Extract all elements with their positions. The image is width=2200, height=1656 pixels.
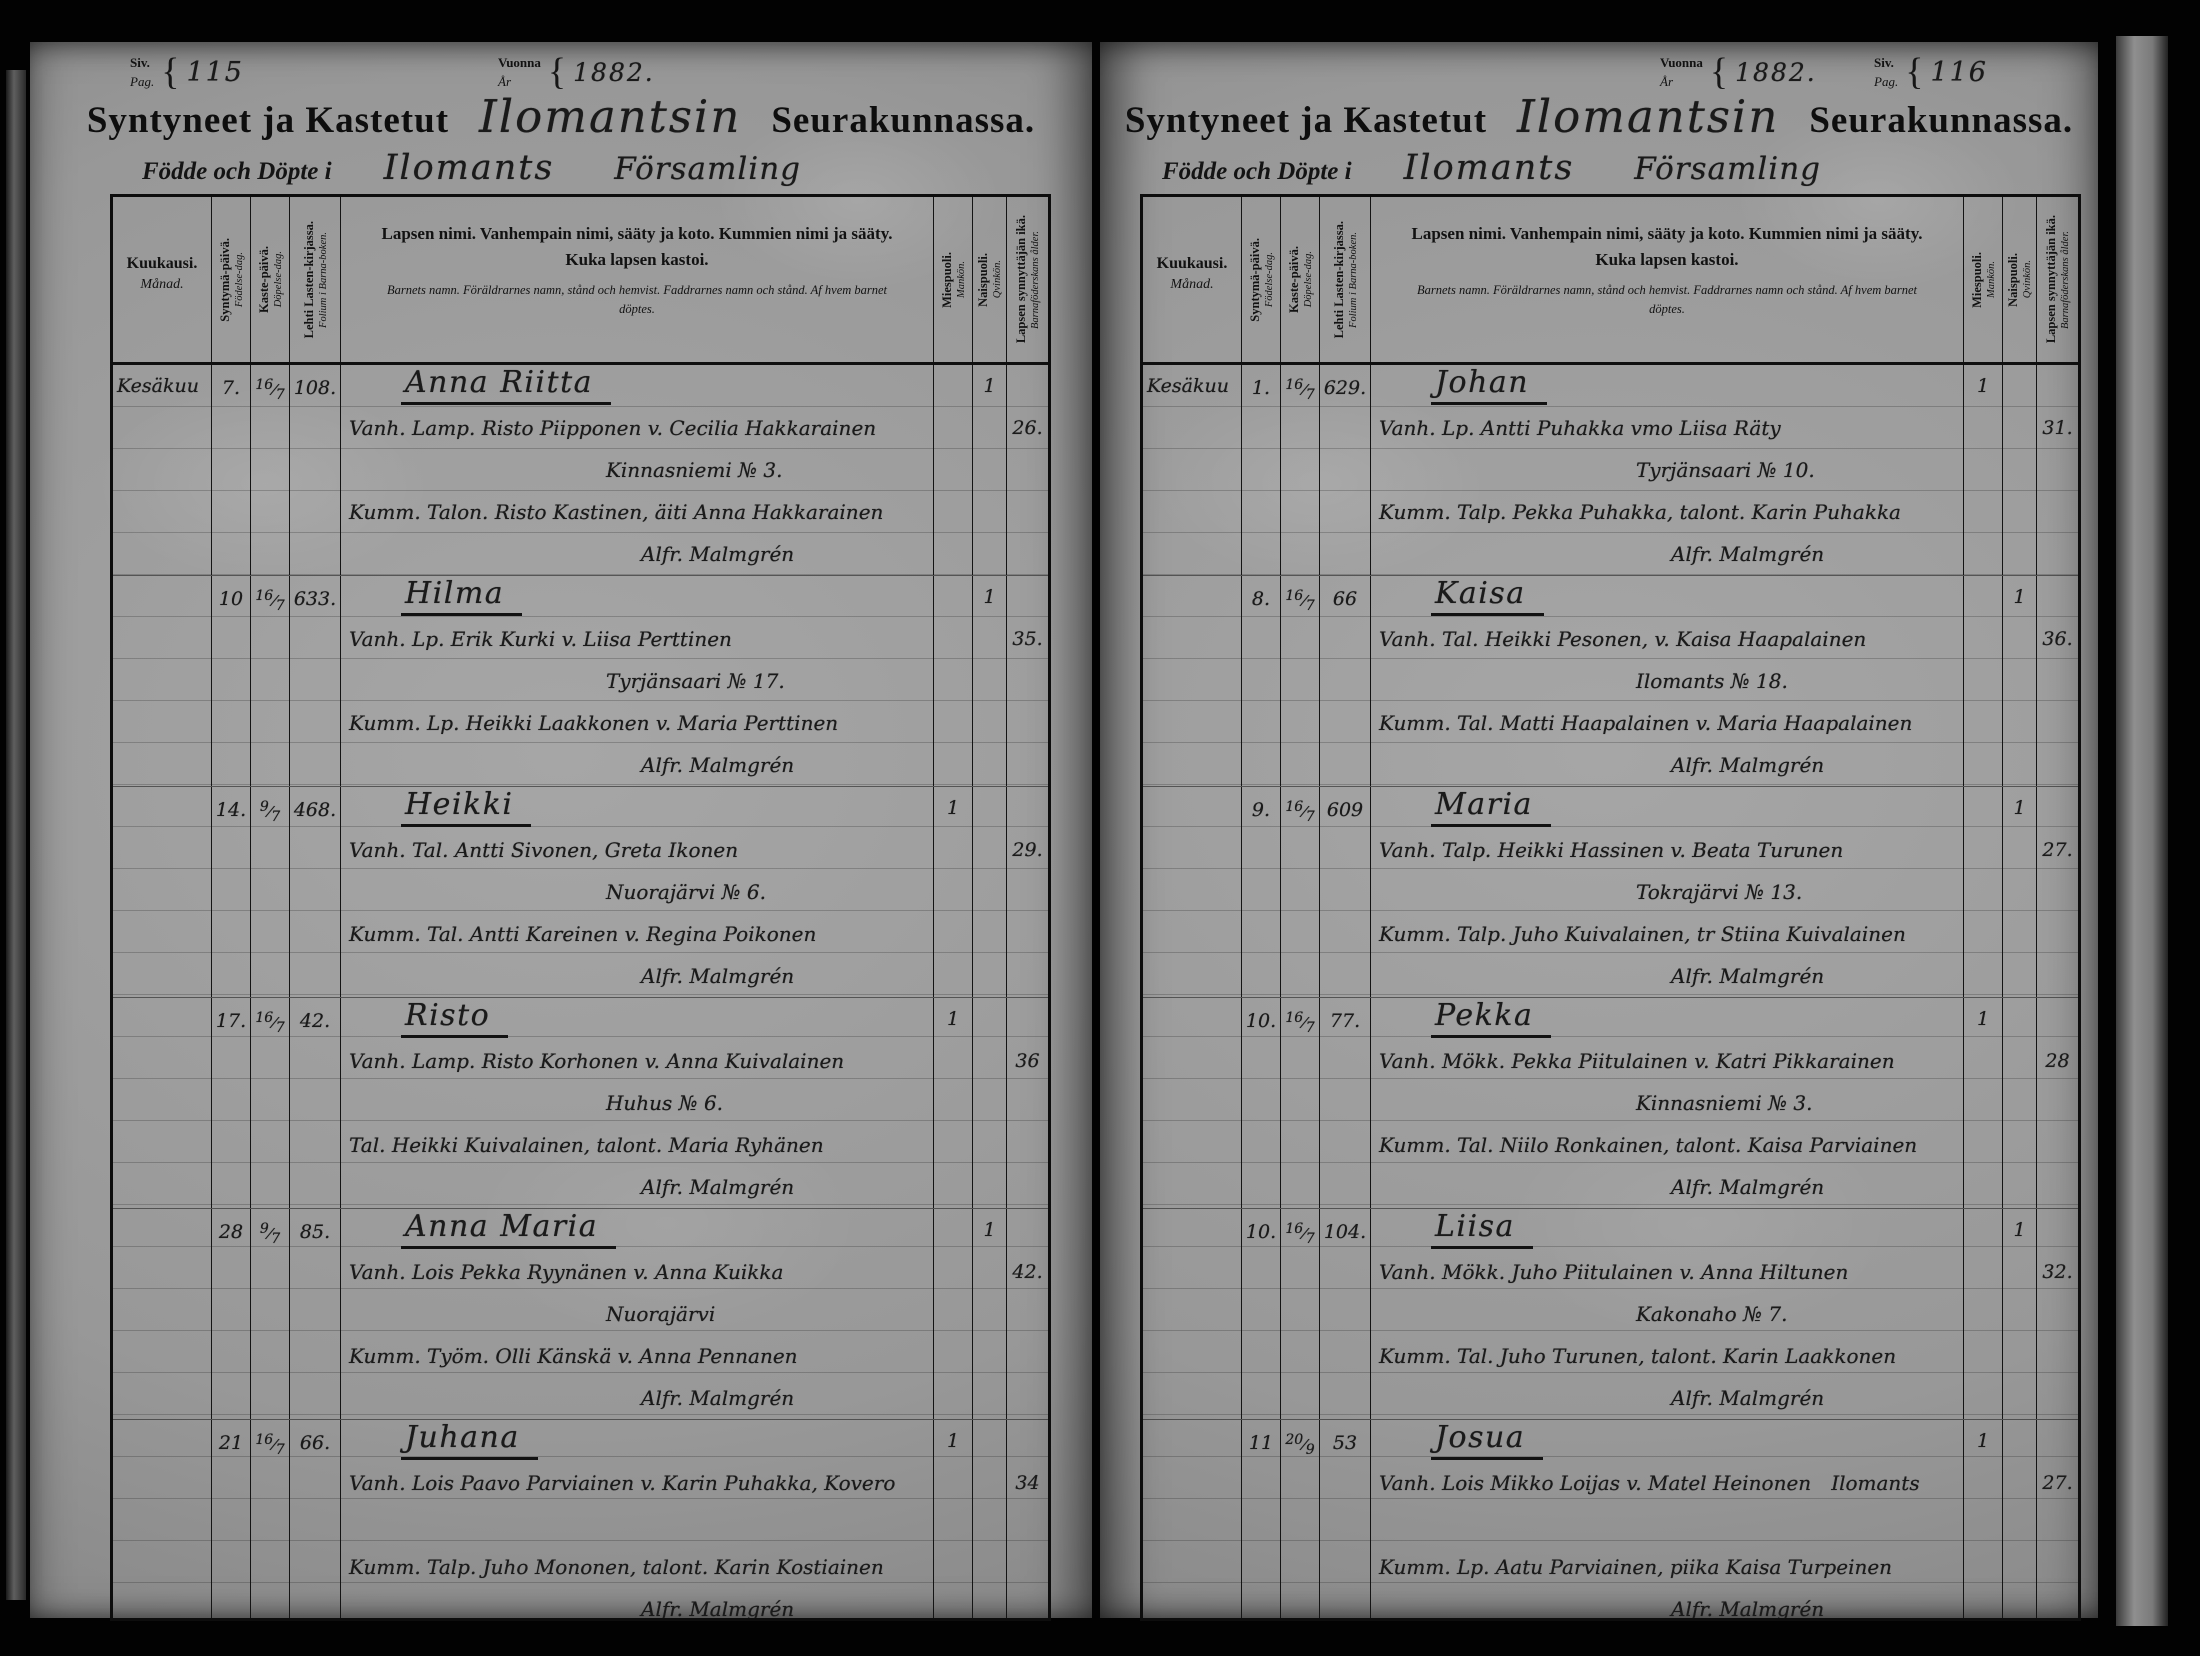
entry-month: [1143, 787, 1241, 997]
baptism-date-denominator: 7: [276, 1020, 285, 1036]
subtitle-prefix: Födde och Döpte i: [1162, 158, 1352, 185]
column-label-sv: Qvinkön.: [992, 260, 1003, 298]
child-name: Anna Riitta: [401, 365, 611, 405]
mother-age: 27.: [2036, 1420, 2078, 1621]
place-line: Ilomants № 18.: [1379, 660, 1963, 702]
entry-folio: 85.: [289, 1209, 340, 1419]
column-label-sv: Döpelse-dag.: [1303, 251, 1314, 307]
entry-folio: 633.: [289, 576, 340, 786]
column-female: Naispuoli. Qvinkön.: [972, 197, 1006, 362]
baptism-date-numerator: 16: [255, 588, 273, 604]
child-name: Liisa: [1431, 1209, 1533, 1249]
parents-line: Vanh. Mökk. Pekka Piitulainen v. Katri P…: [1379, 1040, 1963, 1082]
male-mark: [1963, 787, 2002, 997]
column-baptism-day: Kaste-päivä. Döpelse-dag.: [1280, 197, 1319, 362]
baptism-date-numerator: 16: [1285, 588, 1303, 604]
book-edge-left: [6, 70, 26, 1600]
entry-details: Anna Riitta Vanh. Lamp. Risto Piipponen …: [340, 365, 933, 575]
entry-month: Kesäkuu: [1143, 365, 1241, 575]
title-prefix: Syntyneet ja Kastetut: [1125, 100, 1487, 141]
vuonna-label: Vuonna: [498, 53, 541, 73]
page-number-labels: Siv. Pag.: [1874, 53, 1898, 92]
child-name: Anna Maria: [401, 1209, 616, 1249]
female-mark: 1: [972, 365, 1006, 575]
entry-baptism-date: 16⁄7: [1280, 1209, 1319, 1419]
place-line: Tokrajärvi № 13.: [1379, 871, 1963, 913]
baptism-date-numerator: 16: [255, 1010, 273, 1026]
baptism-date-numerator: 16: [1285, 1010, 1303, 1026]
register-entry: Kesäkuu 1. 16⁄7 629. Johan Vanh. Lp. Ant…: [1143, 365, 2078, 575]
title-suffix: Seurakunnassa.: [771, 100, 1035, 141]
entry-birth-day: 9.: [1241, 787, 1280, 997]
title-prefix: Syntyneet ja Kastetut: [87, 100, 449, 141]
child-name: Hilma: [401, 576, 522, 616]
entry-baptism-date: 9⁄7: [250, 1209, 289, 1419]
page-number-block: Siv. Pag. { 115: [130, 50, 244, 94]
place-line: Tyrjänsaari № 17.: [349, 660, 933, 702]
column-label-sv: Månad.: [1143, 277, 1241, 293]
mother-age: 36.: [2036, 576, 2078, 786]
parents-line: Vanh. Lp. Antti Puhakka vmo Liisa Räty: [1379, 407, 1963, 449]
male-mark: 1: [933, 1420, 972, 1621]
female-mark: 1: [972, 1209, 1006, 1419]
parents-line: Vanh. Lois Pekka Ryynänen v. Anna Kuikka: [349, 1251, 933, 1293]
female-mark: 1: [972, 576, 1006, 786]
book-edge-right: [2116, 36, 2168, 1626]
column-label-sv: Barnets namn. Föräldrarnes namn, stånd o…: [375, 281, 899, 320]
column-label-sv: Barnets namn. Föräldrarnes namn, stånd o…: [1405, 281, 1929, 320]
entry-folio: 66: [1319, 576, 1370, 786]
column-label-fi: Lehti Lasten-kirjassa.: [1332, 221, 1347, 338]
entry-month: Kesäkuu: [113, 365, 211, 575]
baptizer-line: Alfr. Malmgrén: [349, 955, 933, 997]
column-label-fi: Kaste-päivä.: [257, 246, 272, 313]
entry-month: [113, 576, 211, 786]
column-label-sv: Mankön.: [956, 261, 967, 298]
entry-folio: 77.: [1319, 998, 1370, 1208]
mother-age: 36: [1006, 998, 1048, 1208]
godparents-line: Kumm. Tal. Juho Turunen, talont. Karin L…: [1379, 1335, 1963, 1377]
baptism-date-denominator: 7: [1306, 598, 1315, 614]
female-mark: [972, 1420, 1006, 1621]
column-label-fi: Lapsen nimi. Vanhempain nimi, sääty ja k…: [1405, 221, 1929, 272]
entry-details: Josua Vanh. Lois Mikko Loijas v. Matel H…: [1370, 1420, 1963, 1621]
column-label-fi: Naispuoli.: [2006, 253, 2021, 307]
column-mother-age: Lapsen synnyttäjän ikä. Barnaföderskans …: [1006, 197, 1048, 362]
page-title: Syntyneet ja Kastetut Ilomantsin Seuraku…: [1100, 90, 2098, 143]
entry-birth-day: 21: [211, 1420, 250, 1621]
column-label-fi: Kuukausi.: [113, 255, 211, 273]
mother-age: 26.: [1006, 365, 1048, 575]
entry-month: [1143, 576, 1241, 786]
column-label-fi: Lapsen synnyttäjän ikä.: [2044, 215, 2059, 343]
column-male: Miespuoli. Mankön.: [933, 197, 972, 362]
male-mark: [1963, 1209, 2002, 1419]
baptism-date-numerator: 16: [255, 1432, 273, 1448]
baptizer-line: Alfr. Malmgrén: [349, 1377, 933, 1419]
entry-birth-day: 8.: [1241, 576, 1280, 786]
female-mark: [972, 787, 1006, 997]
subtitle-suffix-handwritten: Församling: [614, 151, 801, 187]
place-line: [1379, 1504, 1963, 1546]
entry-month: [113, 1209, 211, 1419]
place-line: Kinnasniemi № 3.: [1379, 1082, 1963, 1124]
place-line: [349, 1504, 933, 1546]
pag-label: Pag.: [130, 72, 154, 92]
page-subtitle: Födde och Döpte i Ilomants Församling: [142, 148, 801, 188]
year-block: Vuonna År { 1882.: [498, 50, 655, 94]
parents-line: Vanh. Lp. Erik Kurki v. Liisa Perttinen: [349, 618, 933, 660]
subtitle-prefix: Födde och Döpte i: [142, 158, 332, 185]
register-entry: 10. 16⁄7 77. Pekka Vanh. Mökk. Pekka Pii…: [1143, 997, 2078, 1208]
baptizer-line: Alfr. Malmgrén: [1379, 533, 1963, 575]
baptism-date-denominator: 7: [1306, 387, 1315, 403]
child-name: Maria: [1431, 787, 1551, 827]
baptizer-line: Alfr. Malmgrén: [349, 744, 933, 786]
entry-month: [1143, 1209, 1241, 1419]
column-label-sv: Mankön.: [1986, 261, 1997, 298]
godparents-line: Kumm. Lp. Aatu Parviainen, piika Kaisa T…: [1379, 1546, 1963, 1588]
mother-age: 29.: [1006, 787, 1048, 997]
register-page-left: Siv. Pag. { 115 Vuonna År { 1882. Syntyn…: [30, 42, 1092, 1618]
ar-label: År: [498, 72, 541, 92]
vuonna-label: Vuonna: [1660, 53, 1703, 73]
column-label-sv: Månad.: [113, 277, 211, 293]
male-mark: 1: [933, 787, 972, 997]
female-mark: 1: [2002, 787, 2036, 997]
column-birth-day: Syntymä-päivä. Födelse-dag.: [211, 197, 250, 362]
entry-month: [113, 787, 211, 997]
mother-age: 31.: [2036, 365, 2078, 575]
parents-line: Vanh. Lamp. Risto Piipponen v. Cecilia H…: [349, 407, 933, 449]
entry-folio: 42.: [289, 998, 340, 1208]
scanned-register-spread: Siv. Pag. { 115 Vuonna År { 1882. Syntyn…: [0, 0, 2200, 1656]
child-name: Kaisa: [1431, 576, 1544, 616]
column-label-sv: Födelse-dag.: [234, 252, 245, 307]
baptism-date-numerator: 9: [260, 799, 269, 815]
baptism-date-numerator: 20: [1285, 1432, 1303, 1448]
page-number-block: Siv. Pag. { 116: [1874, 50, 1988, 94]
register-entry: 9. 16⁄7 609 Maria Vanh. Talp. Heikki Has…: [1143, 786, 2078, 997]
year-labels: Vuonna År: [1660, 53, 1703, 92]
baptism-date-denominator: 7: [276, 1442, 285, 1458]
male-mark: 1: [1963, 1420, 2002, 1621]
godparents-line: Kumm. Talp. Pekka Puhakka, talont. Karin…: [1379, 491, 1963, 533]
godparents-line: Kumm. Talon. Risto Kastinen, äiti Anna H…: [349, 491, 933, 533]
parents-line: Vanh. Tal. Heikki Pesonen, v. Kaisa Haap…: [1379, 618, 1963, 660]
mother-age: 32.: [2036, 1209, 2078, 1419]
column-label-fi: Syntymä-päivä.: [218, 238, 233, 322]
parents-line: Vanh. Lois Paavo Parviainen v. Karin Puh…: [349, 1462, 933, 1504]
register-entry: 28 9⁄7 85. Anna Maria Vanh. Lois Pekka R…: [113, 1208, 1048, 1419]
column-details: Lapsen nimi. Vanhempain nimi, sääty ja k…: [340, 197, 933, 362]
female-mark: [2002, 365, 2036, 575]
place-line: Kinnasniemi № 3.: [349, 449, 933, 491]
child-name: Juhana: [401, 1420, 538, 1460]
entry-folio: 104.: [1319, 1209, 1370, 1419]
entry-details: Maria Vanh. Talp. Heikki Hassinen v. Bea…: [1370, 787, 1963, 997]
entry-folio: 108.: [289, 365, 340, 575]
female-mark: 1: [2002, 1209, 2036, 1419]
entry-folio: 66.: [289, 1420, 340, 1621]
page-number-labels: Siv. Pag.: [130, 53, 154, 92]
entry-birth-day: 10: [211, 576, 250, 786]
column-label-sv: Qvinkön.: [2022, 260, 2033, 298]
register-entry: 21 16⁄7 66. Juhana Vanh. Lois Paavo Parv…: [113, 1419, 1048, 1621]
baptism-date-numerator: 9: [260, 1221, 269, 1237]
column-label-sv: Döpelse-dag.: [273, 251, 284, 307]
siv-label: Siv.: [130, 53, 154, 73]
column-label-fi: Miespuoli.: [940, 252, 955, 308]
child-name: Johan: [1431, 365, 1547, 405]
entry-baptism-date: 16⁄7: [250, 365, 289, 575]
parents-line: Vanh. Lois Mikko Loijas v. Matel Heinone…: [1379, 1462, 1963, 1504]
entry-birth-day: 1.: [1241, 365, 1280, 575]
entry-month: [113, 998, 211, 1208]
entry-baptism-date: 16⁄7: [1280, 365, 1319, 575]
entry-birth-day: 14.: [211, 787, 250, 997]
ar-label: År: [1660, 72, 1703, 92]
baptizer-line: Alfr. Malmgrén: [349, 533, 933, 575]
column-baptism-day: Kaste-päivä. Döpelse-dag.: [250, 197, 289, 362]
entry-baptism-date: 9⁄7: [250, 787, 289, 997]
place-line: Nuorajärvi: [349, 1293, 933, 1335]
baptism-date-denominator: 7: [1306, 1231, 1315, 1247]
place-line: Nuorajärvi № 6.: [349, 871, 933, 913]
godparents-line: Kumm. Työm. Olli Känskä v. Anna Pennanen: [349, 1335, 933, 1377]
mother-age: 35.: [1006, 576, 1048, 786]
column-label-fi: Lapsen nimi. Vanhempain nimi, sääty ja k…: [375, 221, 899, 272]
baptism-date-numerator: 16: [255, 377, 273, 393]
column-label-fi: Miespuoli.: [1970, 252, 1985, 308]
register-entry: 11 20⁄9 53 Josua Vanh. Lois Mikko Loijas…: [1143, 1419, 2078, 1621]
column-label-fi: Lapsen synnyttäjän ikä.: [1014, 215, 1029, 343]
pag-label: Pag.: [1874, 72, 1898, 92]
entry-details: Hilma Vanh. Lp. Erik Kurki v. Liisa Pert…: [340, 576, 933, 786]
register-table: Kuukausi. Månad. Syntymä-päivä. Födelse-…: [110, 194, 1051, 1621]
male-mark: 1: [933, 998, 972, 1208]
male-mark: 1: [1963, 998, 2002, 1208]
subtitle-parish-handwritten: Ilomants: [384, 148, 555, 188]
parents-line: Vanh. Tal. Antti Sivonen, Greta Ikonen: [349, 829, 933, 871]
entry-baptism-date: 16⁄7: [250, 576, 289, 786]
register-entry: 10. 16⁄7 104. Liisa Vanh. Mökk. Juho Pii…: [1143, 1208, 2078, 1419]
column-label-fi: Kaste-päivä.: [1287, 246, 1302, 313]
entry-details: Juhana Vanh. Lois Paavo Parviainen v. Ka…: [340, 1420, 933, 1621]
entry-details: Risto Vanh. Lamp. Risto Korhonen v. Anna…: [340, 998, 933, 1208]
entry-birth-day: 17.: [211, 998, 250, 1208]
baptizer-line: Alfr. Malmgrén: [1379, 744, 1963, 786]
male-mark: [933, 576, 972, 786]
baptism-date-denominator: 7: [1306, 809, 1315, 825]
baptism-date-denominator: 7: [1306, 1020, 1315, 1036]
child-name: Risto: [401, 998, 508, 1038]
table-header: Kuukausi. Månad. Syntymä-päivä. Födelse-…: [113, 197, 1048, 365]
entry-folio: 53: [1319, 1420, 1370, 1621]
entry-baptism-date: 16⁄7: [1280, 576, 1319, 786]
entry-baptism-date: 16⁄7: [1280, 787, 1319, 997]
baptism-date-denominator: 7: [276, 598, 285, 614]
entry-birth-day: 10.: [1241, 998, 1280, 1208]
entry-baptism-date: 16⁄7: [1280, 998, 1319, 1208]
baptizer-line: Alfr. Malmgrén: [349, 1588, 933, 1621]
register-entry: 17. 16⁄7 42. Risto Vanh. Lamp. Risto Kor…: [113, 997, 1048, 1208]
baptism-date-denominator: 7: [276, 387, 285, 403]
entry-birth-day: 11: [1241, 1420, 1280, 1621]
child-name: Heikki: [401, 787, 531, 827]
year-value: 1882.: [573, 58, 655, 87]
column-label-sv: Folium i Barna-boken.: [318, 232, 329, 328]
register-entry: 14. 9⁄7 468. Heikki Vanh. Tal. Antti Siv…: [113, 786, 1048, 997]
baptism-date-numerator: 16: [1285, 799, 1303, 815]
baptism-date-numerator: 16: [1285, 1221, 1303, 1237]
column-label-sv: Folium i Barna-boken.: [1348, 232, 1359, 328]
mother-age: 34: [1006, 1420, 1048, 1621]
page-number: 115: [186, 57, 244, 88]
place-line: Huhus № 6.: [349, 1082, 933, 1124]
column-month: Kuukausi. Månad.: [113, 197, 211, 362]
child-name: Josua: [1431, 1420, 1543, 1460]
brace-glyph: {: [1710, 50, 1728, 94]
godparents-line: Kumm. Talp. Juho Mononen, talont. Karin …: [349, 1546, 933, 1588]
column-birth-day: Syntymä-päivä. Födelse-dag.: [1241, 197, 1280, 362]
entry-details: Anna Maria Vanh. Lois Pekka Ryynänen v. …: [340, 1209, 933, 1419]
godparents-line: Kumm. Talp. Juho Kuivalainen, tr Stiina …: [1379, 913, 1963, 955]
entry-month: [1143, 998, 1241, 1208]
entry-month: [1143, 1420, 1241, 1621]
column-label-fi: Syntymä-päivä.: [1248, 238, 1263, 322]
entry-baptism-date: 20⁄9: [1280, 1420, 1319, 1621]
male-mark: [1963, 576, 2002, 786]
brace-glyph: {: [1905, 50, 1923, 94]
mother-age: 42.: [1006, 1209, 1048, 1419]
column-folio: Lehti Lasten-kirjassa. Folium i Barna-bo…: [1319, 197, 1370, 362]
entry-baptism-date: 16⁄7: [250, 998, 289, 1208]
entry-details: Kaisa Vanh. Tal. Heikki Pesonen, v. Kais…: [1370, 576, 1963, 786]
column-mother-age: Lapsen synnyttäjän ikä. Barnaföderskans …: [2036, 197, 2078, 362]
child-name: Pekka: [1431, 998, 1551, 1038]
column-label-fi: Naispuoli.: [976, 253, 991, 307]
register-table: Kuukausi. Månad. Syntymä-päivä. Födelse-…: [1140, 194, 2081, 1621]
entry-folio: 629.: [1319, 365, 1370, 575]
table-header: Kuukausi. Månad. Syntymä-päivä. Födelse-…: [1143, 197, 2078, 365]
baptizer-line: Alfr. Malmgrén: [1379, 1377, 1963, 1419]
godparents-line: Kumm. Tal. Niilo Ronkainen, talont. Kais…: [1379, 1124, 1963, 1166]
title-suffix: Seurakunnassa.: [1809, 100, 2073, 141]
mother-age: 28: [2036, 998, 2078, 1208]
title-parish-handwritten: Ilomantsin: [1517, 90, 1779, 143]
register-entry: Kesäkuu 7. 16⁄7 108. Anna Riitta Vanh. L…: [113, 365, 1048, 575]
baptizer-line: Alfr. Malmgrén: [1379, 1166, 1963, 1208]
female-mark: [2002, 1420, 2036, 1621]
brace-glyph: {: [548, 50, 566, 94]
male-mark: [933, 365, 972, 575]
column-label-sv: Barnaföderskans ålder.: [1030, 231, 1041, 329]
register-entry: 10 16⁄7 633. Hilma Vanh. Lp. Erik Kurki …: [113, 575, 1048, 786]
year-block: Vuonna År { 1882.: [1660, 50, 1817, 94]
column-month: Kuukausi. Månad.: [1143, 197, 1241, 362]
entry-folio: 609: [1319, 787, 1370, 997]
page-title: Syntyneet ja Kastetut Ilomantsin Seuraku…: [30, 90, 1092, 143]
column-label-fi: Lehti Lasten-kirjassa.: [302, 221, 317, 338]
entries-list: Kesäkuu 1. 16⁄7 629. Johan Vanh. Lp. Ant…: [1143, 365, 2078, 1621]
baptizer-line: Alfr. Malmgrén: [1379, 955, 1963, 997]
place-line: Kakonaho № 7.: [1379, 1293, 1963, 1335]
page-number: 116: [1930, 57, 1988, 88]
entry-details: Liisa Vanh. Mökk. Juho Piitulainen v. An…: [1370, 1209, 1963, 1419]
baptism-date-numerator: 16: [1285, 377, 1303, 393]
baptizer-line: Alfr. Malmgrén: [349, 1166, 933, 1208]
godparents-line: Kumm. Lp. Heikki Laakkonen v. Maria Pert…: [349, 702, 933, 744]
entry-details: Johan Vanh. Lp. Antti Puhakka vmo Liisa …: [1370, 365, 1963, 575]
subtitle-parish-handwritten: Ilomants: [1404, 148, 1575, 188]
baptism-date-denominator: 9: [1306, 1442, 1315, 1458]
column-label-sv: Barnaföderskans ålder.: [2060, 231, 2071, 329]
register-page-right: Vuonna År { 1882. Siv. Pag. { 116 Syntyn…: [1100, 42, 2098, 1618]
female-mark: [2002, 998, 2036, 1208]
baptizer-line: Alfr. Malmgrén: [1379, 1588, 1963, 1621]
parents-line: Vanh. Mökk. Juho Piitulainen v. Anna Hil…: [1379, 1251, 1963, 1293]
entry-baptism-date: 16⁄7: [250, 1420, 289, 1621]
page-subtitle: Födde och Döpte i Ilomants Församling: [1162, 148, 1821, 188]
entry-birth-day: 7.: [211, 365, 250, 575]
entry-month: [113, 1420, 211, 1621]
parents-line: Vanh. Talp. Heikki Hassinen v. Beata Tur…: [1379, 829, 1963, 871]
male-mark: 1: [1963, 365, 2002, 575]
year-value: 1882.: [1735, 58, 1817, 87]
female-mark: 1: [2002, 576, 2036, 786]
siv-label: Siv.: [1874, 53, 1898, 73]
column-folio: Lehti Lasten-kirjassa. Folium i Barna-bo…: [289, 197, 340, 362]
entry-birth-day: 10.: [1241, 1209, 1280, 1419]
entries-list: Kesäkuu 7. 16⁄7 108. Anna Riitta Vanh. L…: [113, 365, 1048, 1621]
title-parish-handwritten: Ilomantsin: [479, 90, 741, 143]
godparents-line: Tal. Heikki Kuivalainen, talont. Maria R…: [349, 1124, 933, 1166]
entry-details: Heikki Vanh. Tal. Antti Sivonen, Greta I…: [340, 787, 933, 997]
column-details: Lapsen nimi. Vanhempain nimi, sääty ja k…: [1370, 197, 1963, 362]
column-male: Miespuoli. Mankön.: [1963, 197, 2002, 362]
year-labels: Vuonna År: [498, 53, 541, 92]
godparents-line: Kumm. Tal. Antti Kareinen v. Regina Poik…: [349, 913, 933, 955]
column-label-sv: Födelse-dag.: [1264, 252, 1275, 307]
mother-age: 27.: [2036, 787, 2078, 997]
entry-folio: 468.: [289, 787, 340, 997]
subtitle-suffix-handwritten: Församling: [1634, 151, 1821, 187]
brace-glyph: {: [161, 50, 179, 94]
male-mark: [933, 1209, 972, 1419]
baptism-date-denominator: 7: [271, 809, 280, 825]
column-female: Naispuoli. Qvinkön.: [2002, 197, 2036, 362]
baptism-date-denominator: 7: [271, 1231, 280, 1247]
entry-details: Pekka Vanh. Mökk. Pekka Piitulainen v. K…: [1370, 998, 1963, 1208]
entry-birth-day: 28: [211, 1209, 250, 1419]
godparents-line: Kumm. Tal. Matti Haapalainen v. Maria Ha…: [1379, 702, 1963, 744]
column-label-fi: Kuukausi.: [1143, 255, 1241, 273]
register-entry: 8. 16⁄7 66 Kaisa Vanh. Tal. Heikki Peson…: [1143, 575, 2078, 786]
place-line: Tyrjänsaari № 10.: [1379, 449, 1963, 491]
female-mark: [972, 998, 1006, 1208]
parents-line: Vanh. Lamp. Risto Korhonen v. Anna Kuiva…: [349, 1040, 933, 1082]
